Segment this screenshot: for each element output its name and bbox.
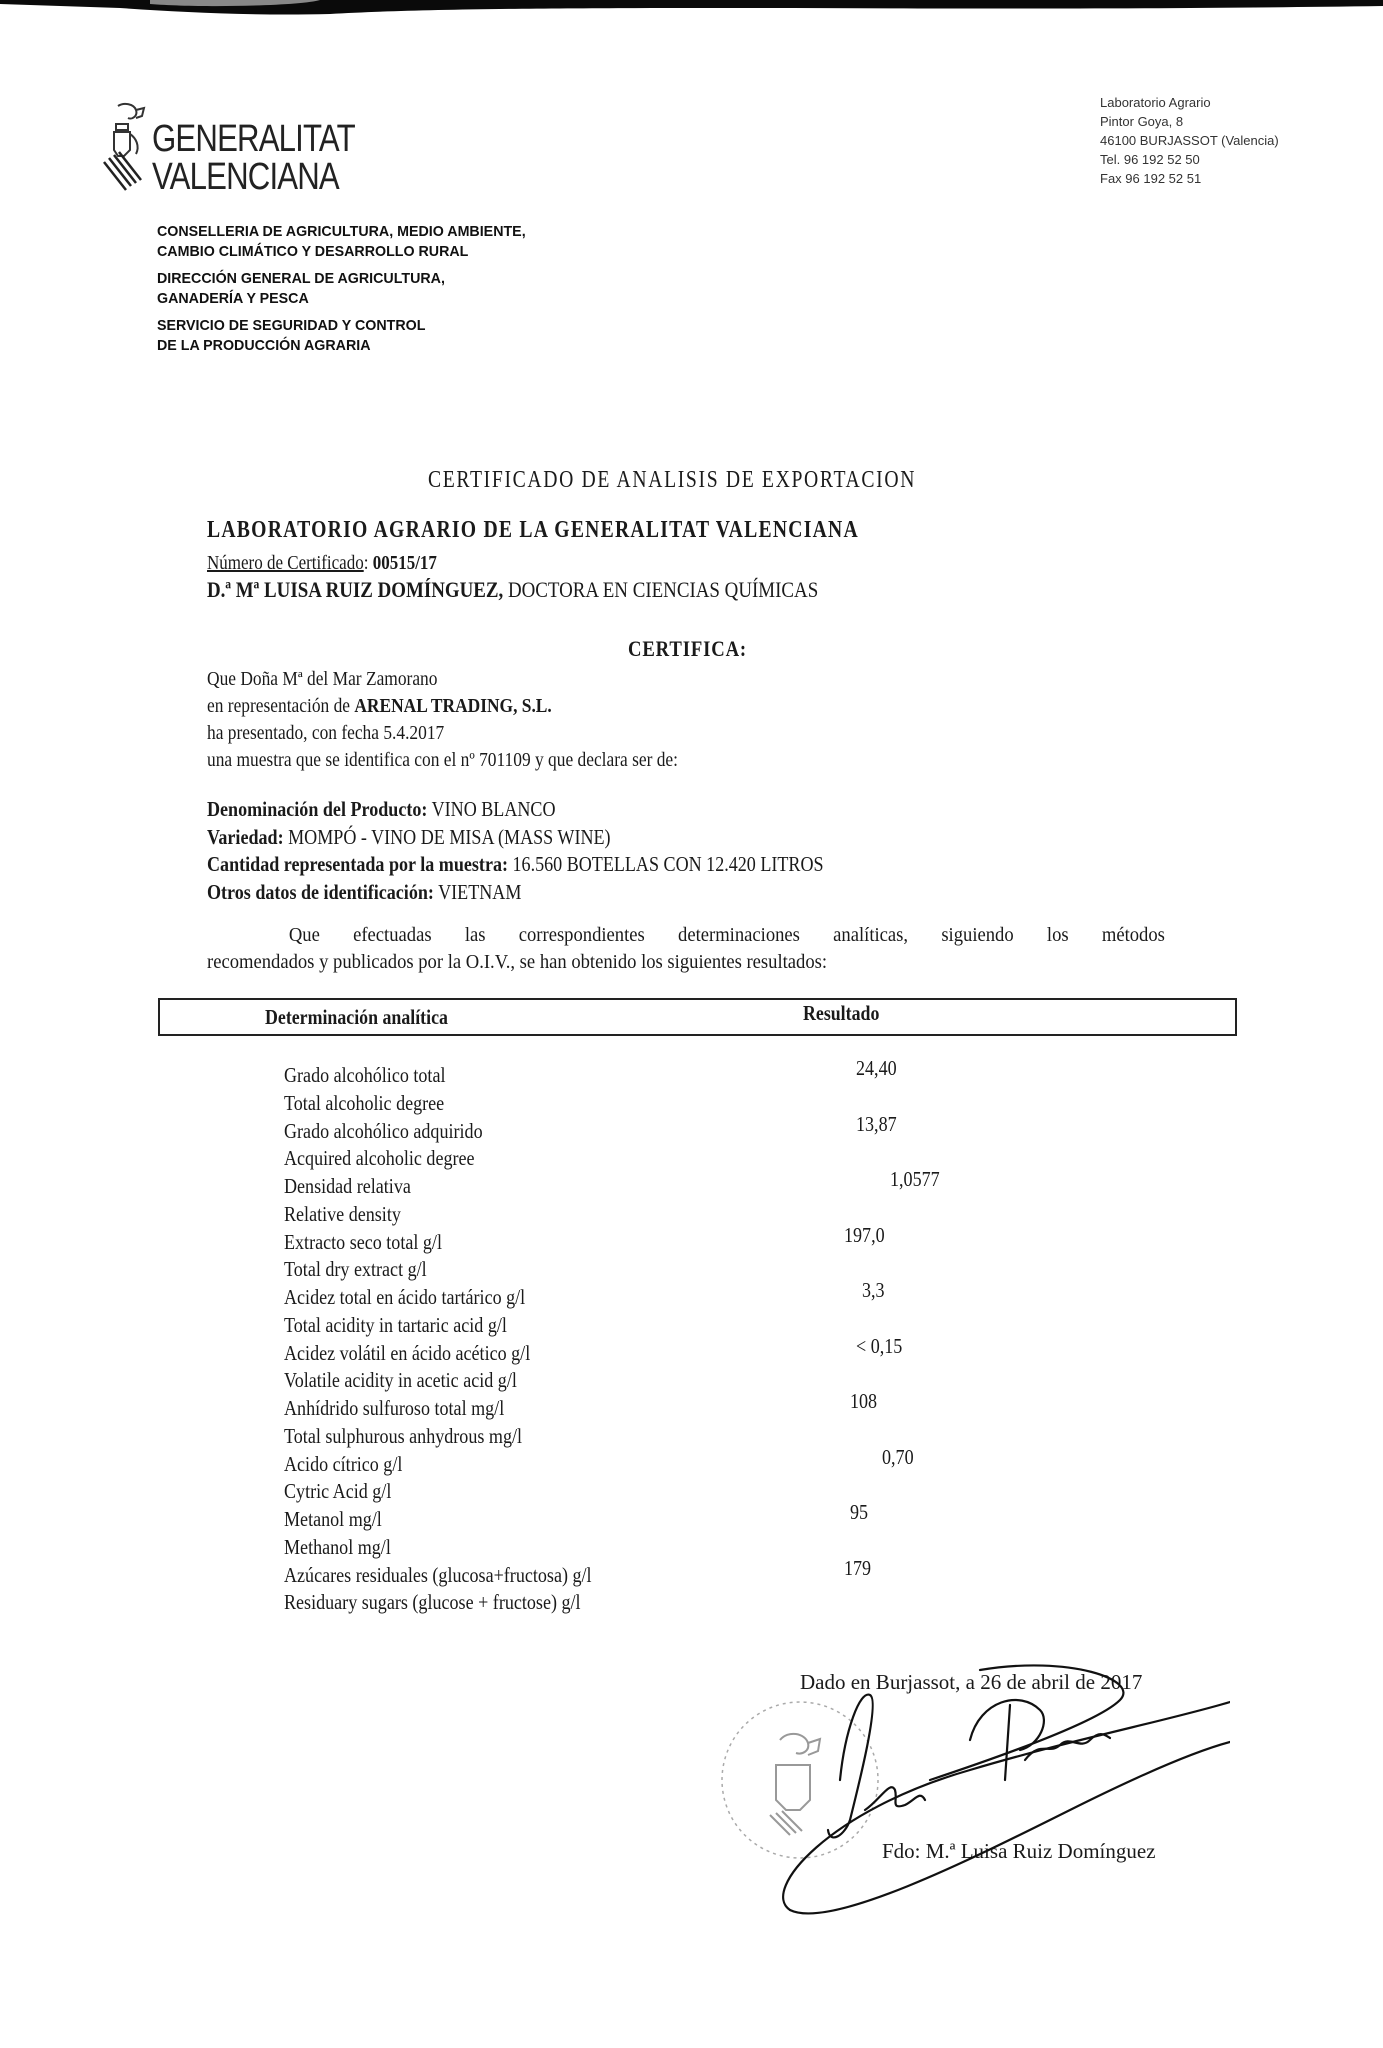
field-label: Denominación del Producto: bbox=[207, 797, 427, 821]
intro-line: recomendados y publicados por la O.I.V.,… bbox=[207, 949, 1165, 976]
table-row: Acidez total en ácido tartárico g/lTotal… bbox=[284, 1284, 642, 1340]
result-value: 1,0577 bbox=[890, 1167, 940, 1192]
product-otros: Otros datos de identificación: VIETNAM bbox=[207, 879, 824, 907]
result-value: 95 bbox=[850, 1500, 868, 1525]
department-line: CAMBIO CLIMÁTICO Y DESARROLLO RURAL bbox=[157, 242, 526, 262]
result-value: 24,40 bbox=[856, 1056, 897, 1081]
result-value: 108 bbox=[850, 1389, 877, 1414]
determination-en: Acquired alcoholic degree bbox=[284, 1145, 592, 1173]
determination-es: Azúcares residuales (glucosa+fructosa) g… bbox=[284, 1562, 592, 1590]
determination-es: Grado alcohólico total bbox=[284, 1062, 592, 1090]
certificate-number-value: 00515/17 bbox=[373, 552, 437, 574]
certificate-number-label: Número de Certificado bbox=[207, 552, 364, 574]
table-row: Metanol mg/lMethanol mg/l95 bbox=[284, 1506, 642, 1562]
logo-line-1: GENERALITAT bbox=[152, 120, 355, 158]
logo-wordmark: GENERALITAT VALENCIANA bbox=[152, 120, 355, 196]
determination-en: Total sulphurous anhydrous mg/l bbox=[284, 1423, 592, 1451]
doctor-name: D.ª Mª LUISA RUIZ DOMÍNGUEZ, bbox=[207, 577, 503, 602]
department-line: CONSELLERIA DE AGRICULTURA, MEDIO AMBIEN… bbox=[157, 222, 526, 242]
intro-line: Que efectuadas las correspondientes dete… bbox=[207, 922, 1165, 949]
certifica-heading: CERTIFICA: bbox=[628, 636, 747, 662]
department-direccion: DIRECCIÓN GENERAL DE AGRICULTURA, GANADE… bbox=[157, 269, 526, 309]
table-row: Grado alcohólico adquiridoAcquired alcoh… bbox=[284, 1118, 642, 1174]
table-row: Extracto seco total g/lTotal dry extract… bbox=[284, 1229, 642, 1285]
determination-en: Total alcoholic degree bbox=[284, 1090, 592, 1118]
determination-es: Extracto seco total g/l bbox=[284, 1229, 592, 1257]
result-value: < 0,15 bbox=[856, 1334, 902, 1359]
representation-prefix: en representación de bbox=[207, 695, 354, 717]
column-header-result: Resultado bbox=[803, 1001, 879, 1026]
table-row: Acidez volátil en ácido acético g/lVolat… bbox=[284, 1340, 642, 1396]
logo-line-2: VALENCIANA bbox=[152, 158, 355, 196]
determination-es: Densidad relativa bbox=[284, 1173, 592, 1201]
determination-es: Metanol mg/l bbox=[284, 1506, 592, 1534]
determination-es: Grado alcohólico adquirido bbox=[284, 1118, 592, 1146]
certificate-title: CERTIFICADO DE ANALISIS DE EXPORTACION bbox=[428, 467, 916, 494]
lab-name: LABORATORIO AGRARIO DE LA GENERALITAT VA… bbox=[207, 517, 859, 544]
certificate-number: Número de Certificado: 00515/17 bbox=[207, 552, 437, 575]
certification-body: Que Doña Mª del Mar Zamorano en represen… bbox=[207, 666, 678, 774]
determination-es: Anhídrido sulfuroso total mg/l bbox=[284, 1395, 592, 1423]
body-line: en representación de ARENAL TRADING, S.L… bbox=[207, 693, 678, 720]
body-line: Que Doña Mª del Mar Zamorano bbox=[207, 666, 678, 693]
determination-es: Acidez volátil en ácido acético g/l bbox=[284, 1340, 592, 1368]
table-row: Densidad relativaRelative density1,0577 bbox=[284, 1173, 642, 1229]
address-fax: Fax 96 192 52 51 bbox=[1100, 169, 1279, 188]
product-cantidad: Cantidad representada por la muestra: 16… bbox=[207, 851, 824, 879]
company-name: ARENAL TRADING, S.L. bbox=[354, 695, 551, 717]
department-servicio: SERVICIO DE SEGURIDAD Y CONTROL DE LA PR… bbox=[157, 316, 526, 356]
determination-en: Residuary sugars (glucose + fructose) g/… bbox=[284, 1589, 592, 1617]
department-conselleria: CONSELLERIA DE AGRICULTURA, MEDIO AMBIEN… bbox=[157, 222, 526, 262]
department-line: SERVICIO DE SEGURIDAD Y CONTROL bbox=[157, 316, 526, 336]
field-label: Variedad: bbox=[207, 825, 284, 849]
determination-en: Relative density bbox=[284, 1201, 592, 1229]
address-line: Laboratorio Agrario bbox=[1100, 93, 1279, 112]
table-row: Grado alcohólico totalTotal alcoholic de… bbox=[284, 1062, 642, 1118]
result-value: 0,70 bbox=[882, 1445, 914, 1470]
determination-en: Total acidity in tartaric acid g/l bbox=[284, 1312, 592, 1340]
field-value: VINO BLANCO bbox=[432, 797, 556, 821]
field-value: MOMPÓ - VINO DE MISA (MASS WINE) bbox=[288, 825, 610, 849]
product-variedad: Variedad: MOMPÓ - VINO DE MISA (MASS WIN… bbox=[207, 824, 824, 852]
colon: : bbox=[364, 552, 373, 574]
product-details: Denominación del Producto: VINO BLANCO V… bbox=[207, 796, 824, 906]
determination-en: Volatile acidity in acetic acid g/l bbox=[284, 1367, 592, 1395]
department-line: DE LA PRODUCCIÓN AGRARIA bbox=[157, 336, 526, 356]
results-table-body: Grado alcohólico totalTotal alcoholic de… bbox=[284, 1062, 642, 1617]
determination-en: Total dry extract g/l bbox=[284, 1256, 592, 1284]
determination-es: Acido cítrico g/l bbox=[284, 1451, 592, 1479]
department-line: GANADERÍA Y PESCA bbox=[157, 289, 526, 309]
department-line: DIRECCIÓN GENERAL DE AGRICULTURA, bbox=[157, 269, 526, 289]
result-value: 179 bbox=[844, 1556, 871, 1581]
results-intro: Que efectuadas las correspondientes dete… bbox=[207, 922, 1165, 976]
field-value: VIETNAM bbox=[438, 880, 521, 904]
field-label: Cantidad representada por la muestra: bbox=[207, 852, 508, 876]
table-row: Acido cítrico g/lCytric Acid g/l0,70 bbox=[284, 1451, 642, 1507]
field-value: 16.560 BOTELLAS CON 12.420 LITROS bbox=[513, 852, 824, 876]
determination-es: Acidez total en ácido tartárico g/l bbox=[284, 1284, 592, 1312]
handwritten-signature-icon bbox=[770, 1660, 1230, 1920]
table-row: Azúcares residuales (glucosa+fructosa) g… bbox=[284, 1562, 642, 1618]
product-denominacion: Denominación del Producto: VINO BLANCO bbox=[207, 796, 824, 824]
result-value: 13,87 bbox=[856, 1112, 897, 1137]
address-phone: Tel. 96 192 52 50 bbox=[1100, 150, 1279, 169]
result-value: 197,0 bbox=[844, 1223, 885, 1248]
field-label: Otros datos de identificación: bbox=[207, 880, 434, 904]
body-line: ha presentado, con fecha 5.4.2017 bbox=[207, 720, 678, 747]
lab-address: Laboratorio Agrario Pintor Goya, 8 46100… bbox=[1100, 93, 1279, 188]
department-block: CONSELLERIA DE AGRICULTURA, MEDIO AMBIEN… bbox=[157, 222, 526, 363]
determination-en: Methanol mg/l bbox=[284, 1534, 592, 1562]
scan-edge-shadow bbox=[0, 0, 1383, 16]
address-line: Pintor Goya, 8 bbox=[1100, 112, 1279, 131]
determination-en: Cytric Acid g/l bbox=[284, 1478, 592, 1506]
column-header-determination: Determinación analítica bbox=[265, 1005, 448, 1030]
doctor-title: DOCTORA EN CIENCIAS QUÍMICAS bbox=[508, 577, 818, 602]
table-row: Anhídrido sulfuroso total mg/lTotal sulp… bbox=[284, 1395, 642, 1451]
doctor-line: D.ª Mª LUISA RUIZ DOMÍNGUEZ, DOCTORA EN … bbox=[207, 577, 818, 603]
result-value: 3,3 bbox=[862, 1278, 885, 1303]
address-line: 46100 BURJASSOT (Valencia) bbox=[1100, 131, 1279, 150]
body-line: una muestra que se identifica con el nº … bbox=[207, 747, 678, 774]
